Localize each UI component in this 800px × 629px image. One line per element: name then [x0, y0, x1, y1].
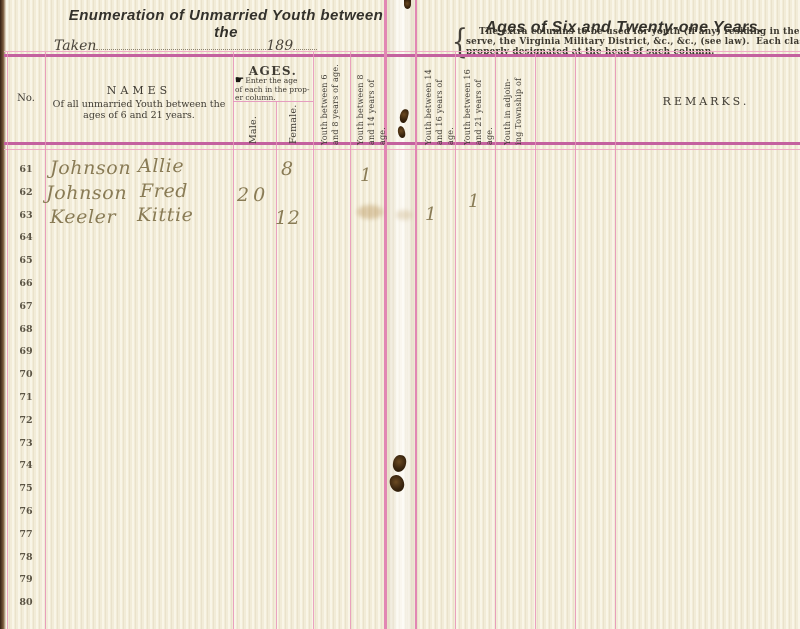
entry-age-female: 8: [281, 158, 294, 180]
col-header-line: Youth between 6: [319, 63, 330, 145]
h-rule: [4, 54, 800, 57]
entry-tick-14-16: 1: [425, 204, 437, 225]
v-rule: [45, 52, 46, 629]
male-column-header: Male.: [248, 100, 260, 144]
v-rule: [233, 52, 234, 629]
book-spine-edge: [0, 0, 6, 629]
entry-surname: Johnson: [46, 182, 127, 204]
ledger-scan: Enumeration of Unmarried Youth between t…: [0, 0, 800, 629]
h-rule: [4, 142, 800, 145]
female-column-header: Female.: [288, 100, 300, 144]
row-number: 62: [8, 187, 44, 198]
note-line: The extra columns to be used for youth (…: [466, 27, 796, 37]
entry-age-male: 20: [237, 184, 269, 206]
ages-note-text: Enter the age: [243, 76, 298, 85]
names-header-sub1: Of all unmarried Youth between the: [45, 99, 233, 110]
v-rule: [276, 101, 277, 629]
v-rule: [575, 52, 576, 629]
row-number: 72: [8, 415, 44, 426]
row-number: 73: [8, 438, 44, 449]
entry-surname: Keeler: [50, 206, 116, 228]
entry-given-name: Allie: [138, 155, 184, 177]
remarks-column-header: REMARKS.: [615, 95, 797, 108]
row-number: 70: [8, 369, 44, 380]
entry-tick-16-21: 1: [468, 191, 480, 212]
v-rule: [313, 52, 314, 629]
entry-tick-8-14: 1: [360, 165, 372, 186]
col-header-line: Youth between 16: [462, 63, 473, 145]
ink-smudge: [396, 210, 412, 220]
col-header-line: and 14 years of age.: [366, 63, 388, 145]
row-number: 61: [8, 164, 44, 175]
row-number: 75: [8, 483, 44, 494]
taken-dotted-leader: [96, 36, 266, 50]
col-header-6-8: Youth between 6 and 8 years of age.: [319, 63, 343, 145]
row-number: 68: [8, 324, 44, 335]
col-header-14-16: Youth between 14 and 16 years of age.: [423, 63, 447, 145]
names-header-title: NAMES: [45, 84, 233, 97]
col-header-line: ing Township of: [513, 63, 524, 145]
names-column-header: NAMES Of all unmarried Youth between the…: [45, 84, 233, 121]
v-rule: [535, 52, 536, 629]
note-line: serve, the Virginia Military District, &…: [466, 37, 796, 47]
row-number: 67: [8, 301, 44, 312]
v-rule: [615, 52, 616, 629]
row-number: 69: [8, 346, 44, 357]
h-rule: [4, 149, 800, 150]
entry-age-female: 12: [275, 207, 300, 229]
col-header-line: Youth between 8: [355, 63, 366, 145]
row-number: 63: [8, 210, 44, 221]
ages-note: ☛ Enter the age of each in the prop- er …: [235, 77, 312, 103]
row-number: 65: [8, 255, 44, 266]
col-header-line: and 16 years of age.: [434, 63, 456, 145]
row-number: 74: [8, 460, 44, 471]
row-number: 71: [8, 392, 44, 403]
names-header-sub2: ages of 6 and 21 years.: [45, 110, 233, 121]
v-rule: [350, 52, 351, 629]
h-rule: [4, 51, 800, 52]
ages-note-line3: er column.: [235, 94, 312, 103]
col-header-line: and 8 years of age.: [330, 63, 341, 145]
col-header-8-14: Youth between 8 and 14 years of age.: [355, 63, 379, 145]
col-header-line: Youth between 14: [423, 63, 434, 145]
v-rule: [495, 52, 496, 629]
entry-surname: Johnson: [50, 157, 131, 179]
v-rule: [7, 52, 8, 629]
no-column-header: No.: [7, 93, 45, 104]
binding-gutter: [388, 0, 416, 629]
taken-trailing-leader: [293, 36, 317, 50]
col-header-line: and 21 years of age.: [473, 63, 495, 145]
binding-top-mark: [404, 0, 411, 9]
col-header-line: Youth in adjoin-: [502, 63, 513, 145]
entry-given-name: Fred: [140, 180, 188, 202]
row-number: 78: [8, 552, 44, 563]
row-number: 64: [8, 232, 44, 243]
col-header-adjoining-township: Youth in adjoin- ing Township of: [502, 63, 526, 145]
entry-given-name: Kittie: [137, 204, 193, 226]
row-number: 66: [8, 278, 44, 289]
extra-columns-note: The extra columns to be used for youth (…: [466, 27, 796, 57]
col-header-16-21: Youth between 16 and 21 years of age.: [462, 63, 486, 145]
ink-smudge: [357, 205, 383, 219]
row-number: 77: [8, 529, 44, 540]
v-rule-page-edge: [415, 0, 417, 629]
row-number: 79: [8, 574, 44, 585]
row-number: 76: [8, 506, 44, 517]
row-number: 80: [8, 597, 44, 608]
